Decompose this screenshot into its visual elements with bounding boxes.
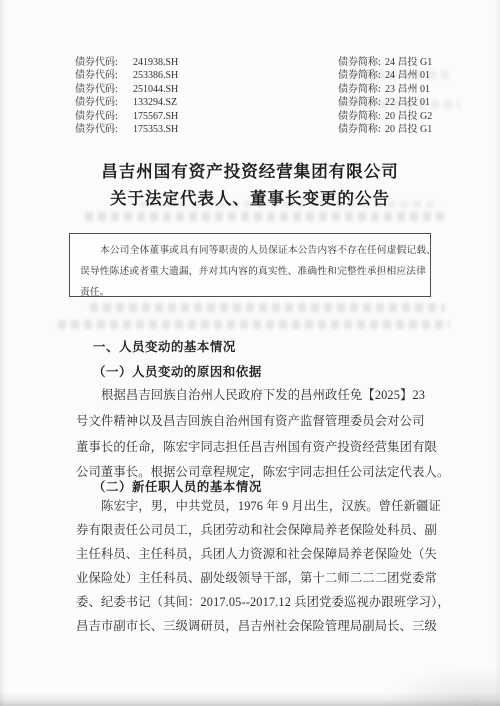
bond-name-value: 20 昌投 G2 bbox=[385, 110, 482, 123]
bond-name-value: 24 昌投 G1 bbox=[385, 56, 482, 69]
paragraph-line: 根据昌吉回族自治州人民政府下发的昌州政任免【2025】23 bbox=[76, 383, 436, 409]
bond-name-label: 债券简称: bbox=[338, 83, 385, 96]
section-heading-1: 一、人员变动的基本情况 bbox=[93, 337, 236, 355]
section-heading-1-1: （一）人员变动的原因和依据 bbox=[93, 362, 262, 380]
announcement-title: 昌吉州国有资产投资经营集团有限公司 关于法定代表人、董事长变更的公告 bbox=[0, 158, 500, 212]
bond-name-label: 债券简称: bbox=[338, 123, 385, 136]
bond-code-value: 175353.SH bbox=[133, 123, 338, 136]
bond-row: 债券代码: 253386.SH 债券简称: 24 昌州 01 bbox=[75, 69, 482, 82]
paragraph-line: 号文件精神以及昌吉回族自治州国有资产监督管理委员会对公司 bbox=[76, 409, 436, 435]
bond-code-value: 175567.SH bbox=[133, 110, 338, 123]
disclaimer-box: 本公司全体董事或具有同等职责的人员保证本公告内容不存在任何虚假记载、 误导性陈述… bbox=[69, 233, 431, 297]
paragraph-line: 业保险处）主任科员、副处级领导干部，第十二师二二二团党委常 bbox=[76, 567, 436, 591]
bond-row: 债券代码: 251044.SH 债券简称: 23 昌州 01 bbox=[75, 83, 482, 96]
bond-row: 债券代码: 175567.SH 债券简称: 20 昌投 G2 bbox=[75, 110, 482, 123]
bond-code-value: 241938.SH bbox=[133, 56, 338, 69]
bleed-through-artifact bbox=[85, 212, 445, 221]
scanned-announcement-page: 债券代码: 241938.SH 债券简称: 24 昌投 G1 债券代码: 253… bbox=[0, 0, 500, 706]
title-line-1: 昌吉州国有资产投资经营集团有限公司 bbox=[0, 158, 500, 185]
disclaimer-line: 误导性陈述或者重大遗漏，并对其内容的真实性、准确性和完整性承担相应法律 bbox=[80, 261, 420, 282]
bond-name-value: 24 昌州 01 bbox=[385, 69, 482, 82]
bond-code-value: 133294.SZ bbox=[133, 96, 338, 109]
section-heading-1-2: （二）新任职人员的基本情况 bbox=[93, 477, 262, 495]
bleed-through-artifact bbox=[90, 303, 445, 312]
bond-name-label: 债券简称: bbox=[338, 110, 385, 123]
scan-edge-bottom bbox=[0, 692, 500, 706]
paragraph-line: 主任科员、主任科员，兵团人力资源和社会保障局养老保险处（失 bbox=[76, 543, 436, 567]
bond-row: 债券代码: 133294.SZ 债券简称: 22 昌投 01 bbox=[75, 96, 482, 109]
paragraph-line: 昌吉市副市长、三级调研员，昌吉州社会保险管理局副局长、三级 bbox=[76, 615, 436, 639]
bond-code-label: 债券代码: bbox=[75, 96, 133, 109]
paragraph-line: 券有限责任公司员工，兵团劳动和社会保障局养老保险处科员、副 bbox=[76, 519, 436, 543]
bond-name-value: 23 昌州 01 bbox=[385, 83, 482, 96]
bond-code-label: 债券代码: bbox=[75, 56, 133, 69]
bond-list: 债券代码: 241938.SH 债券简称: 24 昌投 G1 债券代码: 253… bbox=[75, 56, 482, 136]
bond-name-label: 债券简称: bbox=[338, 56, 385, 69]
disclaimer-line: 责任。 bbox=[80, 282, 420, 303]
title-line-2: 关于法定代表人、董事长变更的公告 bbox=[0, 185, 500, 212]
bond-name-label: 债券简称: bbox=[338, 69, 385, 82]
paragraph-line: 委、纪委书记（其间：2017.05--2017.12 兵团党委巡视办跟班学习）， bbox=[76, 591, 436, 615]
bond-code-label: 债券代码: bbox=[75, 69, 133, 82]
paragraph-line: 陈宏宇，男，中共党员，1976 年 9 月出生，汉族。曾任新疆证 bbox=[76, 495, 436, 519]
bond-code-label: 债券代码: bbox=[75, 123, 133, 136]
bond-row: 债券代码: 241938.SH 债券简称: 24 昌投 G1 bbox=[75, 56, 482, 69]
bond-row: 债券代码: 175353.SH 债券简称: 20 昌投 G1 bbox=[75, 123, 482, 136]
scan-edge-right bbox=[494, 0, 500, 706]
disclaimer-line: 本公司全体董事或具有同等职责的人员保证本公告内容不存在任何虚假记载、 bbox=[80, 240, 420, 261]
bleed-through-artifact bbox=[58, 320, 450, 329]
bond-code-label: 债券代码: bbox=[75, 110, 133, 123]
bond-code-value: 251044.SH bbox=[133, 83, 338, 96]
bond-name-label: 债券简称: bbox=[338, 96, 385, 109]
bond-name-value: 22 昌投 01 bbox=[385, 96, 482, 109]
paragraph-line: 董事长的任命，陈宏宇同志担任昌吉州国有资产投资经营集团有限 bbox=[76, 435, 436, 461]
bond-code-label: 债券代码: bbox=[75, 83, 133, 96]
paragraph-new-appointee-bio: 陈宏宇，男，中共党员，1976 年 9 月出生，汉族。曾任新疆证 券有限责任公司… bbox=[76, 495, 436, 638]
bond-code-value: 253386.SH bbox=[133, 69, 338, 82]
scan-edge-left bbox=[0, 0, 6, 706]
paragraph-change-reason: 根据昌吉回族自治州人民政府下发的昌州政任免【2025】23 号文件精神以及昌吉回… bbox=[76, 383, 436, 486]
bond-name-value: 20 昌投 G1 bbox=[385, 123, 482, 136]
